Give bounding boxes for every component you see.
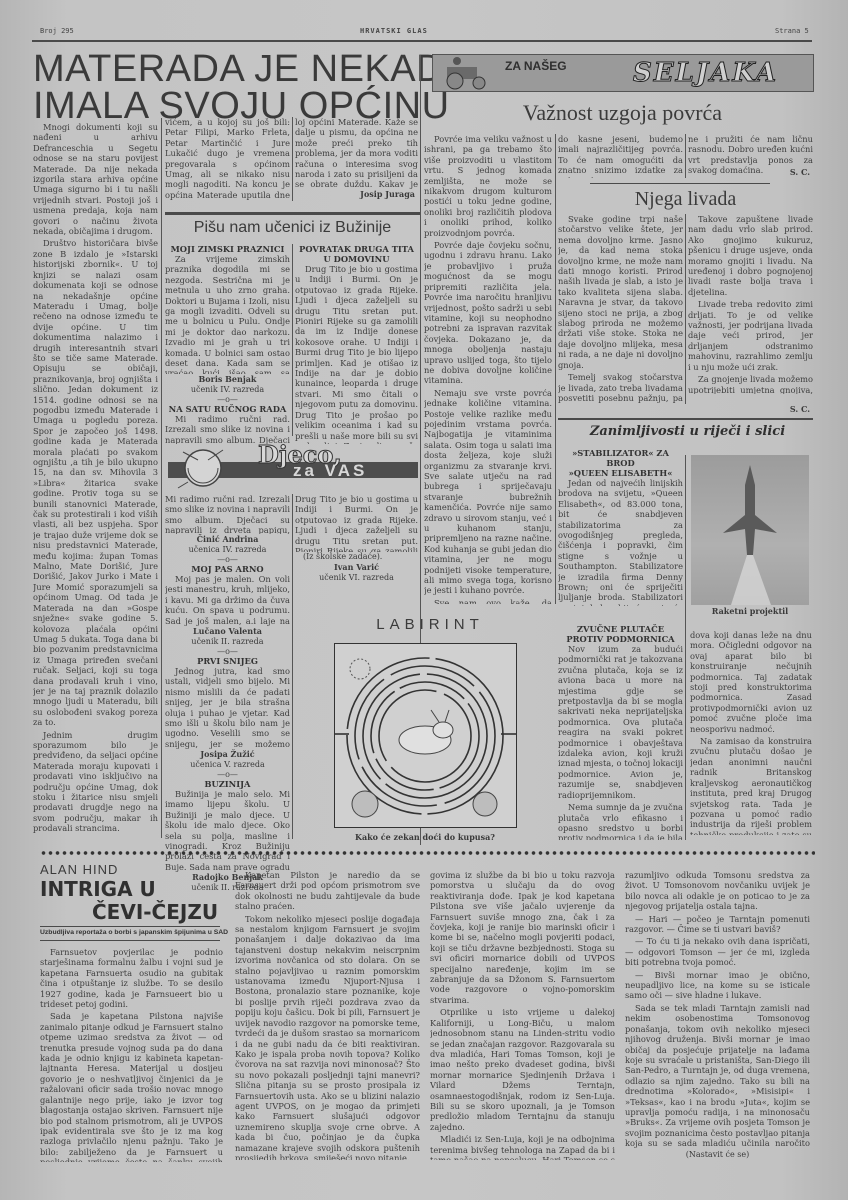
povrce-col1: Povrće ima veliku važnost u ishrani, pa …: [424, 134, 552, 604]
column-divider: [292, 244, 293, 436]
banner-line1: ZA NAŠEG: [505, 59, 567, 73]
article-title: PROTIV PODMORNICA: [558, 634, 683, 644]
paragraph: — Hari — počeo je Tarntajn pomenuti razg…: [625, 914, 810, 935]
paragraph: do kasne jeseni, budemo imali najrazliči…: [558, 134, 683, 178]
serial-author: ALAN HIND: [40, 862, 118, 877]
paragraph: Temelj svakog stočarstva je livada, zato…: [558, 372, 683, 404]
paragraph: Takove zapuštene livade nam dadu vrlo sl…: [688, 214, 813, 297]
separator: —o—: [165, 395, 290, 404]
paragraph: Sada je kapetana Pilstona najviše zanima…: [40, 1011, 223, 1162]
column-divider: [685, 134, 686, 178]
serial-subtitle: Uzbudljiva reportaža o borbi s japanskim…: [40, 929, 225, 936]
paragraph: Livade treba redovito zimi drljati. To j…: [688, 299, 813, 372]
story-povratak-tita: POVRATAK DRUGA TITA U DOMOVINU Drug Tito…: [295, 244, 418, 444]
header-rule: [32, 40, 812, 42]
story-grade: učenik VI. razreda: [295, 573, 418, 583]
story-body: Drug Tito je bio u gostima u Indiji i Bu…: [295, 264, 418, 444]
serial-title-line2: ČEVI-ČEJZU: [92, 900, 218, 924]
materada-col3: loj općini Materade. Kaže se dalje u pis…: [295, 117, 418, 189]
newspaper-page: Broj 295 HRVATSKI GLAS Strana 5 MATERADA…: [0, 0, 848, 1200]
article-title: »STABILIZATOR« ZA BROD: [558, 448, 683, 468]
separator: —o—: [165, 770, 290, 779]
paragraph: — To ću ti ja nekako ovih dana ispričati…: [625, 936, 810, 967]
section-rule: [165, 212, 420, 215]
story-body: Za vrijeme zimskih praznika dogodila mi …: [165, 254, 290, 374]
story-author: Činić Andrina: [197, 534, 259, 544]
paragraph: Jednim drugim sporazumom bilo je predviđ…: [33, 730, 158, 834]
dotted-divider: [40, 850, 815, 856]
materada-col2: vićem, a u kojoj su još bili: Petar Fili…: [165, 117, 290, 201]
story-title: PRVI SNIJEG: [165, 656, 290, 666]
paragraph: Sve nam ovo kaže, da moramo proizvoditi …: [424, 598, 552, 604]
paragraph: Farnsuetov povjerilac je podnio starješi…: [40, 947, 223, 1009]
story-author: Josipa Žužić: [200, 749, 254, 759]
livada-col1: Svake godine trpi naše stočarstvo velike…: [558, 214, 683, 404]
za-vas-title: za VAS: [293, 461, 367, 481]
paragraph: Otprilike u isto vrijeme u dalekoj Kalif…: [430, 1007, 615, 1132]
story-grade: učenik II. razreda: [165, 637, 290, 647]
paragraph: Za gnojenje livada možemo upotrijebiti u…: [688, 374, 813, 394]
story-zimski-praznici: MOJI ZIMSKI PRAZNICI Za vrijeme zimskih …: [165, 244, 290, 444]
subtitle-rule: [40, 926, 220, 927]
zanimljivosti-banner: Zanimljivosti u riječi i slici: [565, 424, 810, 439]
column-divider: [292, 117, 293, 201]
labirint-caption: Kako će zekan doći do kupusa?: [330, 832, 520, 842]
story-body: Jednog jutra, kad smo ustali, vidjeli sm…: [165, 666, 290, 749]
story-title: NA SATU RUČNOG RADA: [165, 404, 290, 414]
serial-col3: govima iz službe da bi bio u toku razvoj…: [430, 870, 615, 1160]
paragraph: Povrće ima veliku važnost u ishrani, pa …: [424, 134, 552, 238]
story-body-cont: Drug Tito je bio u gostima u Indiji i Bu…: [295, 494, 418, 552]
tractor-icon: [437, 55, 507, 91]
paragraph: razumljivo odkuda Tomsonu sredstva za ži…: [625, 870, 810, 912]
paragraph: Nemaju sve vrste povrća jednake količine…: [424, 388, 552, 596]
story-grade: učenica V. razreda: [165, 760, 290, 770]
story-title: MOJ PAS ARNO: [165, 564, 290, 574]
title-rule: [590, 183, 770, 184]
column-divider: [685, 214, 686, 404]
column-divider: [685, 455, 686, 840]
rocket-caption: Raketni projektil: [691, 606, 809, 616]
column-divider: [555, 134, 556, 604]
paragraph: govima iz službe da bi bio u toku razvoj…: [430, 870, 615, 1005]
separator: —o—: [165, 555, 290, 564]
story-title: POVRATAK DRUGA TITA U DOMOVINU: [295, 244, 418, 264]
story-povratak-tita-cont: Drug Tito je bio u gostima u Indiji i Bu…: [295, 494, 418, 583]
article-body: Nema sumnje da je zvučna plutača vrlo ef…: [558, 802, 683, 840]
materada-col1: Mnogi dokumenti koji su nađeni u arhivu …: [33, 122, 158, 834]
rocket-photo: [691, 455, 809, 605]
serial-col4: razumljivo odkuda Tomsonu sredstva za ži…: [625, 870, 810, 1150]
paragraph: Svake godine trpi naše stočarstvo velike…: [558, 214, 683, 370]
povrce-col2: do kasne jeseni, budemo imali najrazliči…: [558, 134, 683, 178]
newspaper-name: HRVATSKI GLAS: [360, 27, 428, 35]
paragraph: Sada se tek mladi Tarntajn zamisli nad n…: [625, 1003, 810, 1150]
article-title: ZVUČNE PLUTAČE: [558, 624, 683, 634]
serial-title-line1: INTRIGA U: [40, 877, 156, 901]
materada-author: Josip Juraga: [330, 189, 415, 199]
rocket-icon: [691, 455, 809, 605]
stabilizator-article: »STABILIZATOR« ZA BROD »QUEEN ELISABETH«…: [558, 448, 683, 606]
column-divider: [292, 494, 293, 839]
maze-rabbit-icon: [335, 644, 516, 827]
labirint-maze-image[interactable]: [334, 643, 517, 828]
paragraph: Društvo historičara bivše zone B izdalo …: [33, 238, 158, 727]
story-title: BUZINIJA: [165, 779, 290, 789]
povrce-author: S. C.: [760, 167, 810, 177]
zvucne-plutace-cont: dova koji danas leže na dnu mora. Očigle…: [690, 630, 812, 835]
story-grade: učenik IV. razreda: [165, 385, 290, 395]
article-body: Jedan od najvećih linijskih brodova na s…: [558, 478, 683, 606]
story-title: MOJI ZIMSKI PRAZNICI: [165, 244, 290, 254]
story-body: Bužinija je malo selo. Mi imamo lijepu š…: [165, 789, 290, 872]
serial-col1: Farnsuetov povjerilac je podnio starješi…: [40, 947, 223, 1162]
column-divider: [161, 118, 162, 838]
story-grade: učenica IV. razreda: [165, 545, 290, 555]
article-body: Na zamisao da konstruira zvučnu plutaču …: [690, 736, 812, 835]
issue-number: Broj 295: [40, 27, 74, 35]
story-body-cont: Mi radimo ručni rad. Izrezali smo slike …: [165, 494, 290, 534]
paragraph: Mnogi dokumenti koji su nađeni u arhivu …: [33, 122, 158, 236]
djeco-za-vas-banner: Djeco, za VAS: [168, 442, 418, 490]
story-note: (Iz školske zadaće).: [295, 552, 418, 562]
subtitle-rule: [40, 940, 220, 941]
povrce-title: Važnost uzgoja povrća: [430, 100, 815, 126]
zvucne-plutace-article: ZVUČNE PLUTAČE PROTIV PODMORNICA Nov izu…: [558, 624, 683, 840]
story-author: Lučano Valenta: [193, 626, 262, 636]
paragraph: Povrće daje čovjeku sočnu, ugodnu i zdra…: [424, 240, 552, 386]
story-author: Boris Benjak: [199, 374, 257, 384]
paragraph: loj općini Materade. Kaže se dalje u pis…: [295, 117, 418, 189]
section-rule: [558, 418, 813, 420]
article-body: Nov izum za budući podmornički rat je ta…: [558, 644, 683, 800]
paragraph: vićem, a u kojoj su još bili: Petar Fili…: [165, 117, 290, 201]
article-title: »QUEEN ELISABETH«: [558, 468, 683, 478]
article-body: dova koji danas leže na dnu mora. Očigle…: [690, 630, 812, 734]
pupils-col-lower: Mi radimo ručni rad. Izrezali smo slike …: [165, 494, 290, 893]
livada-author: S. C.: [760, 404, 810, 414]
continued-note: (Nastavit će se): [625, 1150, 810, 1160]
paragraph: Mladići iz Sen-Luja, koji je na odbojnim…: [430, 1134, 615, 1160]
separator: —o—: [165, 647, 290, 656]
banner-line2: SELJAKA: [633, 58, 778, 88]
paragraph: — Bivši mornar imao je obično, neupadlji…: [625, 970, 810, 1001]
livada-col2: Takove zapuštene livade nam dadu vrlo sl…: [688, 214, 813, 394]
za-naseg-seljaka-banner: ZA NAŠEG SELJAKA: [432, 54, 814, 92]
serial-col2: Kapetan Pilston je naredio da se Farnsue…: [235, 870, 420, 1160]
pupils-section-title: Pišu nam učenici iz Bužinije: [165, 219, 420, 237]
paragraph: Kapetan Pilston je naredio da se Farnsue…: [235, 870, 420, 912]
page-number: Strana 5: [775, 27, 809, 35]
labirint-title: LABIRINT: [330, 616, 530, 633]
story-author: Ivan Varić: [334, 562, 379, 572]
headline-materada-line1: MATERADA JE NEKAD: [33, 50, 444, 88]
paragraph: Tokom nekoliko mjeseci poslije događaja …: [235, 914, 420, 1160]
livada-title: Njega livada: [558, 188, 813, 211]
story-body: Moj pas je malen. On voli jesti manestru…: [165, 574, 290, 626]
